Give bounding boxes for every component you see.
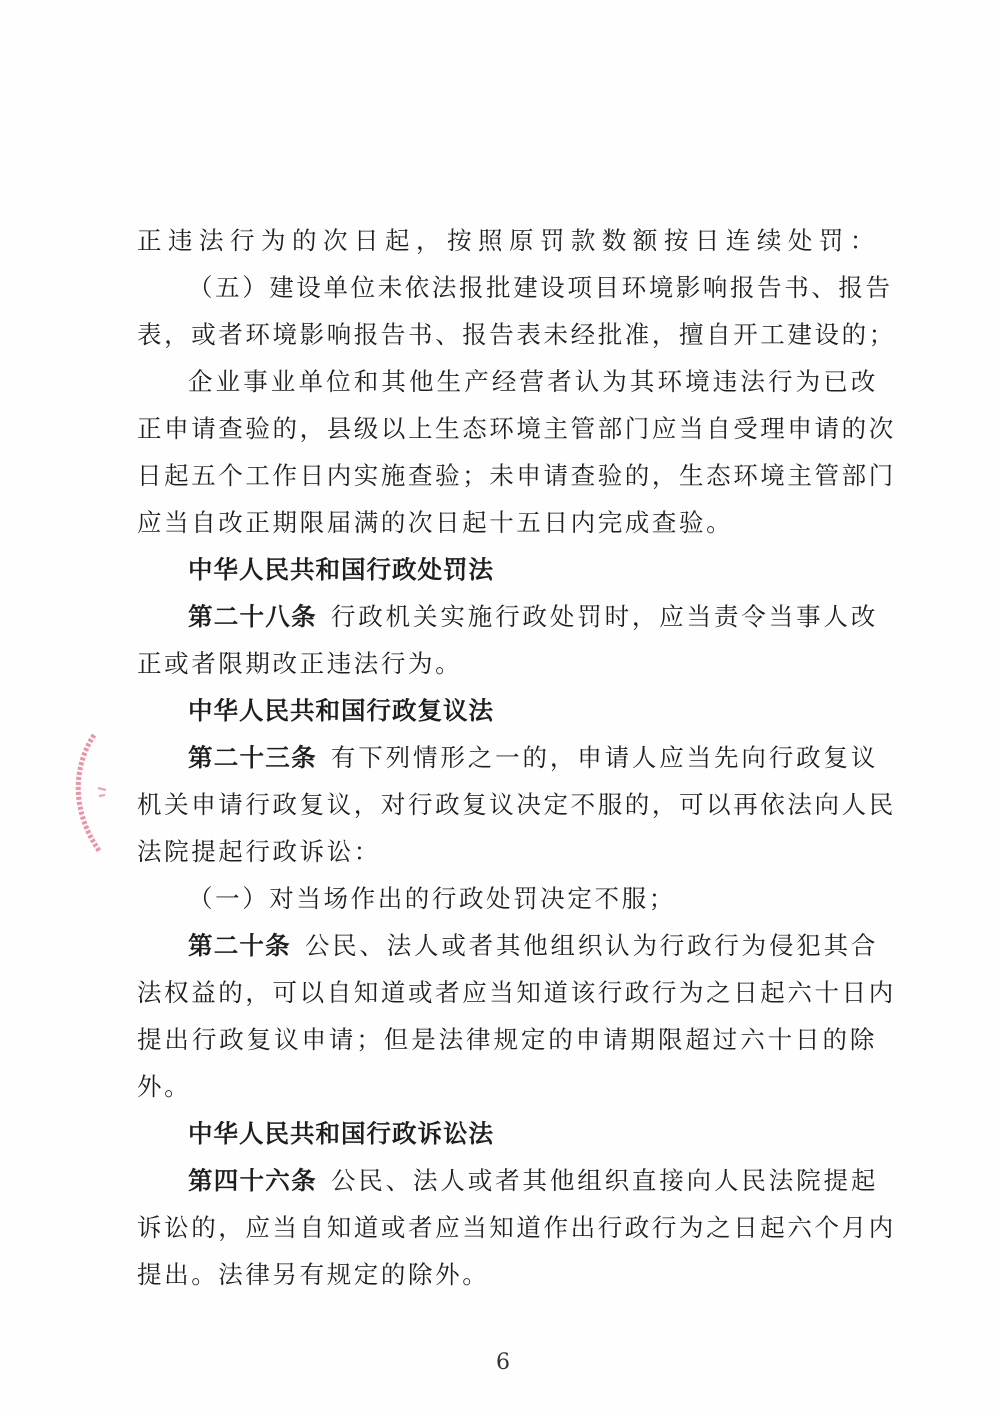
article-number: 第二十三条: [188, 743, 317, 772]
body-text-line: 法院提起行政诉讼：: [137, 837, 877, 867]
document-page: 正违法行为的次日起，按照原罚款数额按日连续处罚： （五）建设单位未依法报批建设项…: [0, 0, 1000, 1414]
law-title: 中华人民共和国行政处罚法: [188, 555, 878, 585]
body-text-line: 企业事业单位和其他生产经营者认为其环境违法行为已改: [188, 367, 878, 397]
body-text-line: 正或者限期改正违法行为。: [137, 649, 877, 679]
body-text-line: 应当自改正期限届满的次日起十五日内完成查验。: [137, 508, 877, 538]
article-text: 有下列情形之一的，申请人应当先向行政复议: [331, 743, 878, 772]
article-number: 第二十八条: [188, 602, 317, 631]
seal-stamp-icon: [62, 730, 122, 855]
body-text-line: 正申请查验的，县级以上生态环境主管部门应当自受理申请的次: [137, 414, 877, 444]
article-line: 第二十三条有下列情形之一的，申请人应当先向行政复议: [188, 743, 878, 773]
body-text-line: 正违法行为的次日起，按照原罚款数额按日连续处罚：: [137, 226, 877, 256]
article-number: 第四十六条: [188, 1166, 317, 1195]
body-text-line: 提出行政复议申请；但是法律规定的申请期限超过六十日的除: [137, 1025, 877, 1055]
body-text-line: 提出。法律另有规定的除外。: [137, 1260, 877, 1290]
body-text-line: （一）对当场作出的行政处罚决定不服；: [188, 884, 878, 914]
page-number: 6: [496, 1350, 510, 1375]
body-text-line: 表，或者环境影响报告书、报告表未经批准，擅自开工建设的；: [137, 320, 877, 350]
body-text-line: 外。: [137, 1072, 877, 1102]
article-text: 行政机关实施行政处罚时，应当责令当事人改: [331, 602, 878, 631]
article-text: 公民、法人或者其他组织直接向人民法院提起: [331, 1166, 878, 1195]
body-text-line: 法权益的，可以自知道或者应当知道该行政行为之日起六十日内: [137, 978, 877, 1008]
article-line: 第二十八条行政机关实施行政处罚时，应当责令当事人改: [188, 602, 878, 632]
article-text: 公民、法人或者其他组织认为行政行为侵犯其合: [305, 931, 878, 960]
article-line: 第二十条公民、法人或者其他组织认为行政行为侵犯其合: [188, 931, 878, 961]
body-text-line: 机关申请行政复议，对行政复议决定不服的，可以再依法向人民: [137, 790, 877, 820]
law-title: 中华人民共和国行政复议法: [188, 696, 878, 726]
body-text-line: 诉讼的，应当自知道或者应当知道作出行政行为之日起六个月内: [137, 1213, 877, 1243]
article-line: 第四十六条公民、法人或者其他组织直接向人民法院提起: [188, 1166, 878, 1196]
body-text-line: 日起五个工作日内实施查验；未申请查验的，生态环境主管部门: [137, 461, 877, 491]
law-title: 中华人民共和国行政诉讼法: [188, 1119, 878, 1149]
body-text-line: （五）建设单位未依法报批建设项目环境影响报告书、报告: [188, 273, 878, 303]
article-number: 第二十条: [188, 931, 291, 960]
